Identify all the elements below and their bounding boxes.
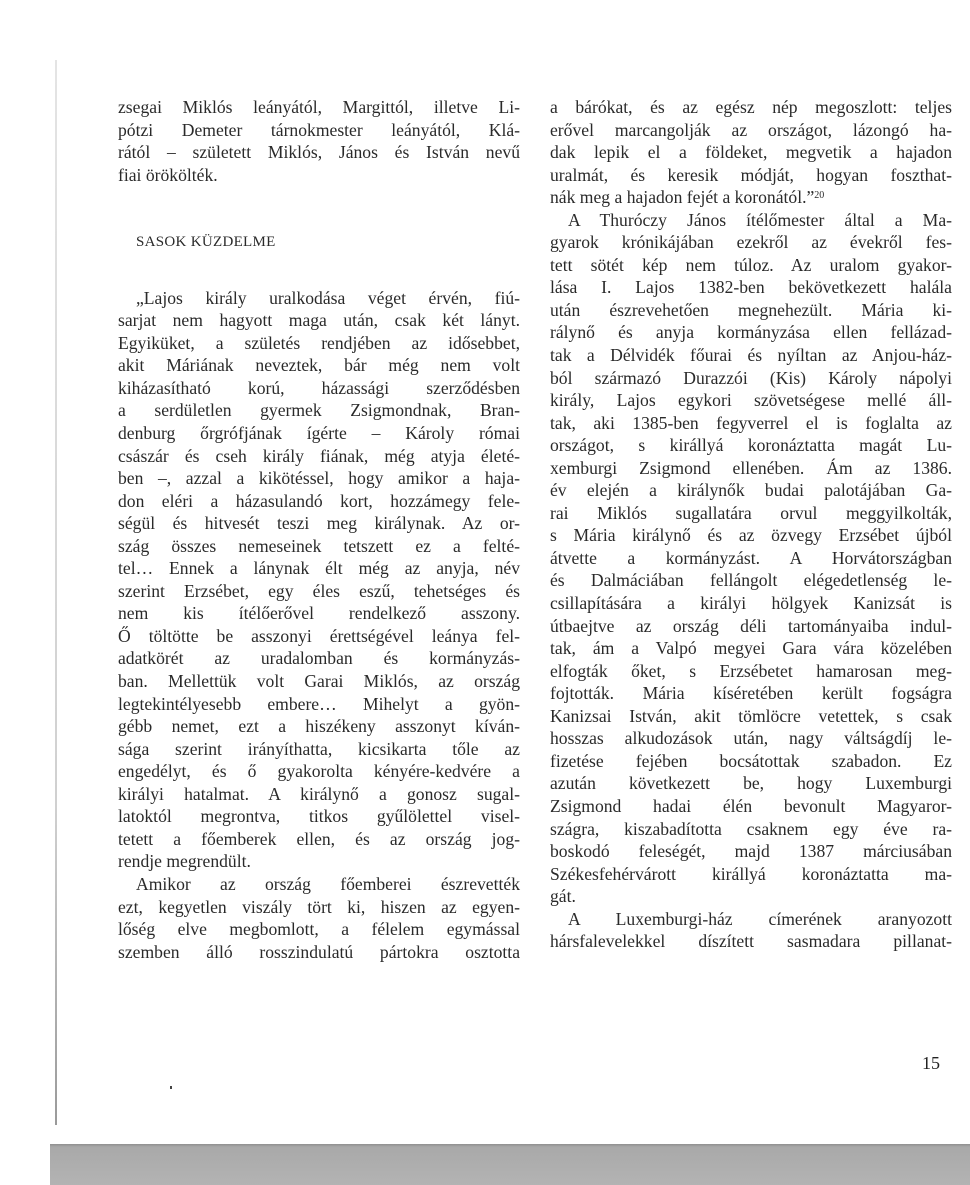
text-line: gát. [550, 885, 952, 908]
text-line-content: nák meg a hajadon fejét a koronától.” [550, 187, 814, 207]
text-line: pótzi Demeter tárnokmester leányától, Kl… [118, 119, 520, 142]
text-line: denburg őrgrófjának ígérte – Károly róma… [118, 422, 520, 445]
text-line: fizetése fejében bocsátottak szabadon. E… [550, 750, 952, 773]
text-line: adatkörét az uradalomban és kormányzás- [118, 647, 520, 670]
text-line: ezt, kegyetlen viszály tört ki, hiszen a… [118, 896, 520, 919]
text-line: sága szerint irányíthatta, kicsikarta tő… [118, 738, 520, 761]
text-line: hársfalevelekkel díszített sasmadara pil… [550, 930, 952, 953]
text-line: tak a Délvidék főurai és nyíltan az Anjo… [550, 344, 952, 367]
footnote-reference: 20 [814, 190, 824, 201]
text-line: ségül és hitvesét teszi meg királynak. A… [118, 512, 520, 535]
text-line: sarjat nem hagyott maga után, csak két l… [118, 309, 520, 332]
text-line: dak lepik el a földeket, megvetik a haja… [550, 141, 952, 164]
text-line: A Thuróczy János ítélőmester által a Ma- [550, 209, 952, 232]
text-line: átvette a kormányzást. A Horvátországban [550, 547, 952, 570]
paragraph: „Lajos király uralkodása véget érvén, fi… [118, 287, 520, 873]
text-line: év elején a királynők budai palotájában … [550, 479, 952, 502]
right-column: a bárókat, és az egész nép megoszlott: t… [550, 96, 952, 953]
text-line: a bárókat, és az egész nép megoszlott: t… [550, 96, 952, 119]
text-line: szemben álló rosszindulatú pártokra oszt… [118, 941, 520, 964]
left-column: zsegai Miklós leányától, Margittól, ille… [118, 96, 520, 963]
text-line: akit Máriának neveztek, bár még nem volt [118, 354, 520, 377]
text-line: legtekintélyesebb embere… Mihelyt a gyön… [118, 693, 520, 716]
text-line: nák meg a hajadon fejét a koronától.”20 [550, 186, 952, 209]
text-line: kiházasítható korú, házassági szerződésb… [118, 377, 520, 400]
text-line: lása I. Lajos 1382-ben bekövetkezett hal… [550, 276, 952, 299]
text-line: s Mária királynő és az özvegy Erzsébet ú… [550, 524, 952, 547]
text-line: tel… Ennek a lánynak élt még az anyja, n… [118, 557, 520, 580]
text-line: A Luxemburgi-ház címerének aranyozott [550, 908, 952, 931]
page-binding-edge [55, 60, 57, 1125]
text-line: Amikor az ország főemberei észrevették [118, 873, 520, 896]
paragraph: a bárókat, és az egész nép megoszlott: t… [550, 96, 952, 209]
text-line: útbaejtve az ország déli tartományaiba i… [550, 615, 952, 638]
text-line: tett sötét kép nem túloz. Az uralom gyak… [550, 254, 952, 277]
text-line: nem kis ítélőerővel rendelkező asszony. [118, 602, 520, 625]
ink-speck [170, 1086, 172, 1089]
text-line: a serdületlen gyermek Zsigmondnak, Bran- [118, 399, 520, 422]
text-line: és Dalmáciában fellángolt elégedetlenség… [550, 569, 952, 592]
text-line: xemburgi Zsigmond ellenében. Ám az 1386. [550, 457, 952, 480]
text-line: hosszas alkudozások után, nagy váltságdí… [550, 727, 952, 750]
text-line: ból származó Durazzói (Kis) Károly nápol… [550, 367, 952, 390]
text-line: azután következett be, hogy Luxemburgi [550, 772, 952, 795]
text-line: engedélyt, és ő gyakorolta kényére-kedvé… [118, 760, 520, 783]
text-line: latoktól megrontva, titkos gyűlölettel v… [118, 805, 520, 828]
text-line: zsegai Miklós leányától, Margittól, ille… [118, 96, 520, 119]
text-line: országot, s királlyá koronáztatta magát … [550, 434, 952, 457]
text-line: szerint Erzsébet, egy éles eszű, tehetsé… [118, 580, 520, 603]
paragraph: Amikor az ország főemberei észrevették e… [118, 873, 520, 963]
text-line: gébb nemet, ezt a hiszékeny asszonyt kív… [118, 715, 520, 738]
text-line: Egyiküket, a születés rendjében az időse… [118, 332, 520, 355]
section-heading: SASOK KÜZDELME [118, 231, 520, 254]
text-line: Székesfehérvárott királlyá koronáztatta … [550, 863, 952, 886]
text-line: rától – született Miklós, János és Istvá… [118, 141, 520, 164]
text-line: uralmát, és keresik módját, hogyan foszt… [550, 164, 952, 187]
text-line: rálynő és anyja kormányzása ellen felláz… [550, 321, 952, 344]
text-line: királyi hatalmat. A királynő a gonosz su… [118, 783, 520, 806]
page-number: 15 [922, 1053, 940, 1074]
paragraph: A Thuróczy János ítélőmester által a Ma-… [550, 209, 952, 908]
scanner-bottom-shadow [50, 1144, 970, 1185]
text-line: don eléri a házasulandó kort, hozzámegy … [118, 490, 520, 513]
text-line: Zsigmond hadai élén bevonult Magyaror- [550, 795, 952, 818]
text-line: szágra, kiszabadította csaknem egy éve r… [550, 818, 952, 841]
text-line: boskodó feleségét, majd 1387 márciusában [550, 840, 952, 863]
text-line: „Lajos király uralkodása véget érvén, fi… [118, 287, 520, 310]
text-line: ban. Mellettük volt Garai Miklós, az ors… [118, 670, 520, 693]
text-line: Ő töltötte be asszonyi érettségével leán… [118, 625, 520, 648]
text-line: fojtották. Mária kíséretében került fogs… [550, 682, 952, 705]
text-line: rai Miklós sugallatára orvul meggyilkolt… [550, 502, 952, 525]
paragraph: A Luxemburgi-ház címerének aranyozott há… [550, 908, 952, 953]
text-line: király, Lajos egykori szövetségese mellé… [550, 389, 952, 412]
text-line: rendje megrendült. [118, 850, 520, 873]
text-line: után észrevehetően megnehezült. Mária ki… [550, 299, 952, 322]
text-line: Kanizsai István, akit tömlöcre vetettek,… [550, 705, 952, 728]
text-line: tetett a főemberek ellen, és az ország j… [118, 828, 520, 851]
text-line: ben –, azzal a kikötéssel, hogy amikor a… [118, 467, 520, 490]
text-line: lőség elve megbomlott, a félelem egymáss… [118, 918, 520, 941]
text-line: tak, ám a Valpó megyei Gara vára közeléb… [550, 637, 952, 660]
text-line: csillapítására a királyi hölgyek Kanizsá… [550, 592, 952, 615]
text-line: erővel marcangolják az országot, lázongó… [550, 119, 952, 142]
text-line: elfogták őket, s Erzsébetet hamarosan me… [550, 660, 952, 683]
text-line: tak, aki 1385-ben fegyverrel el is fogla… [550, 412, 952, 435]
text-line: szág összes nemeseinek tetszett ez a fel… [118, 535, 520, 558]
text-line: fiai örökölték. [118, 164, 520, 187]
text-line: gyarok krónikájában ezekről az évekről f… [550, 231, 952, 254]
text-line: császár és cseh király fiának, még atyja… [118, 445, 520, 468]
